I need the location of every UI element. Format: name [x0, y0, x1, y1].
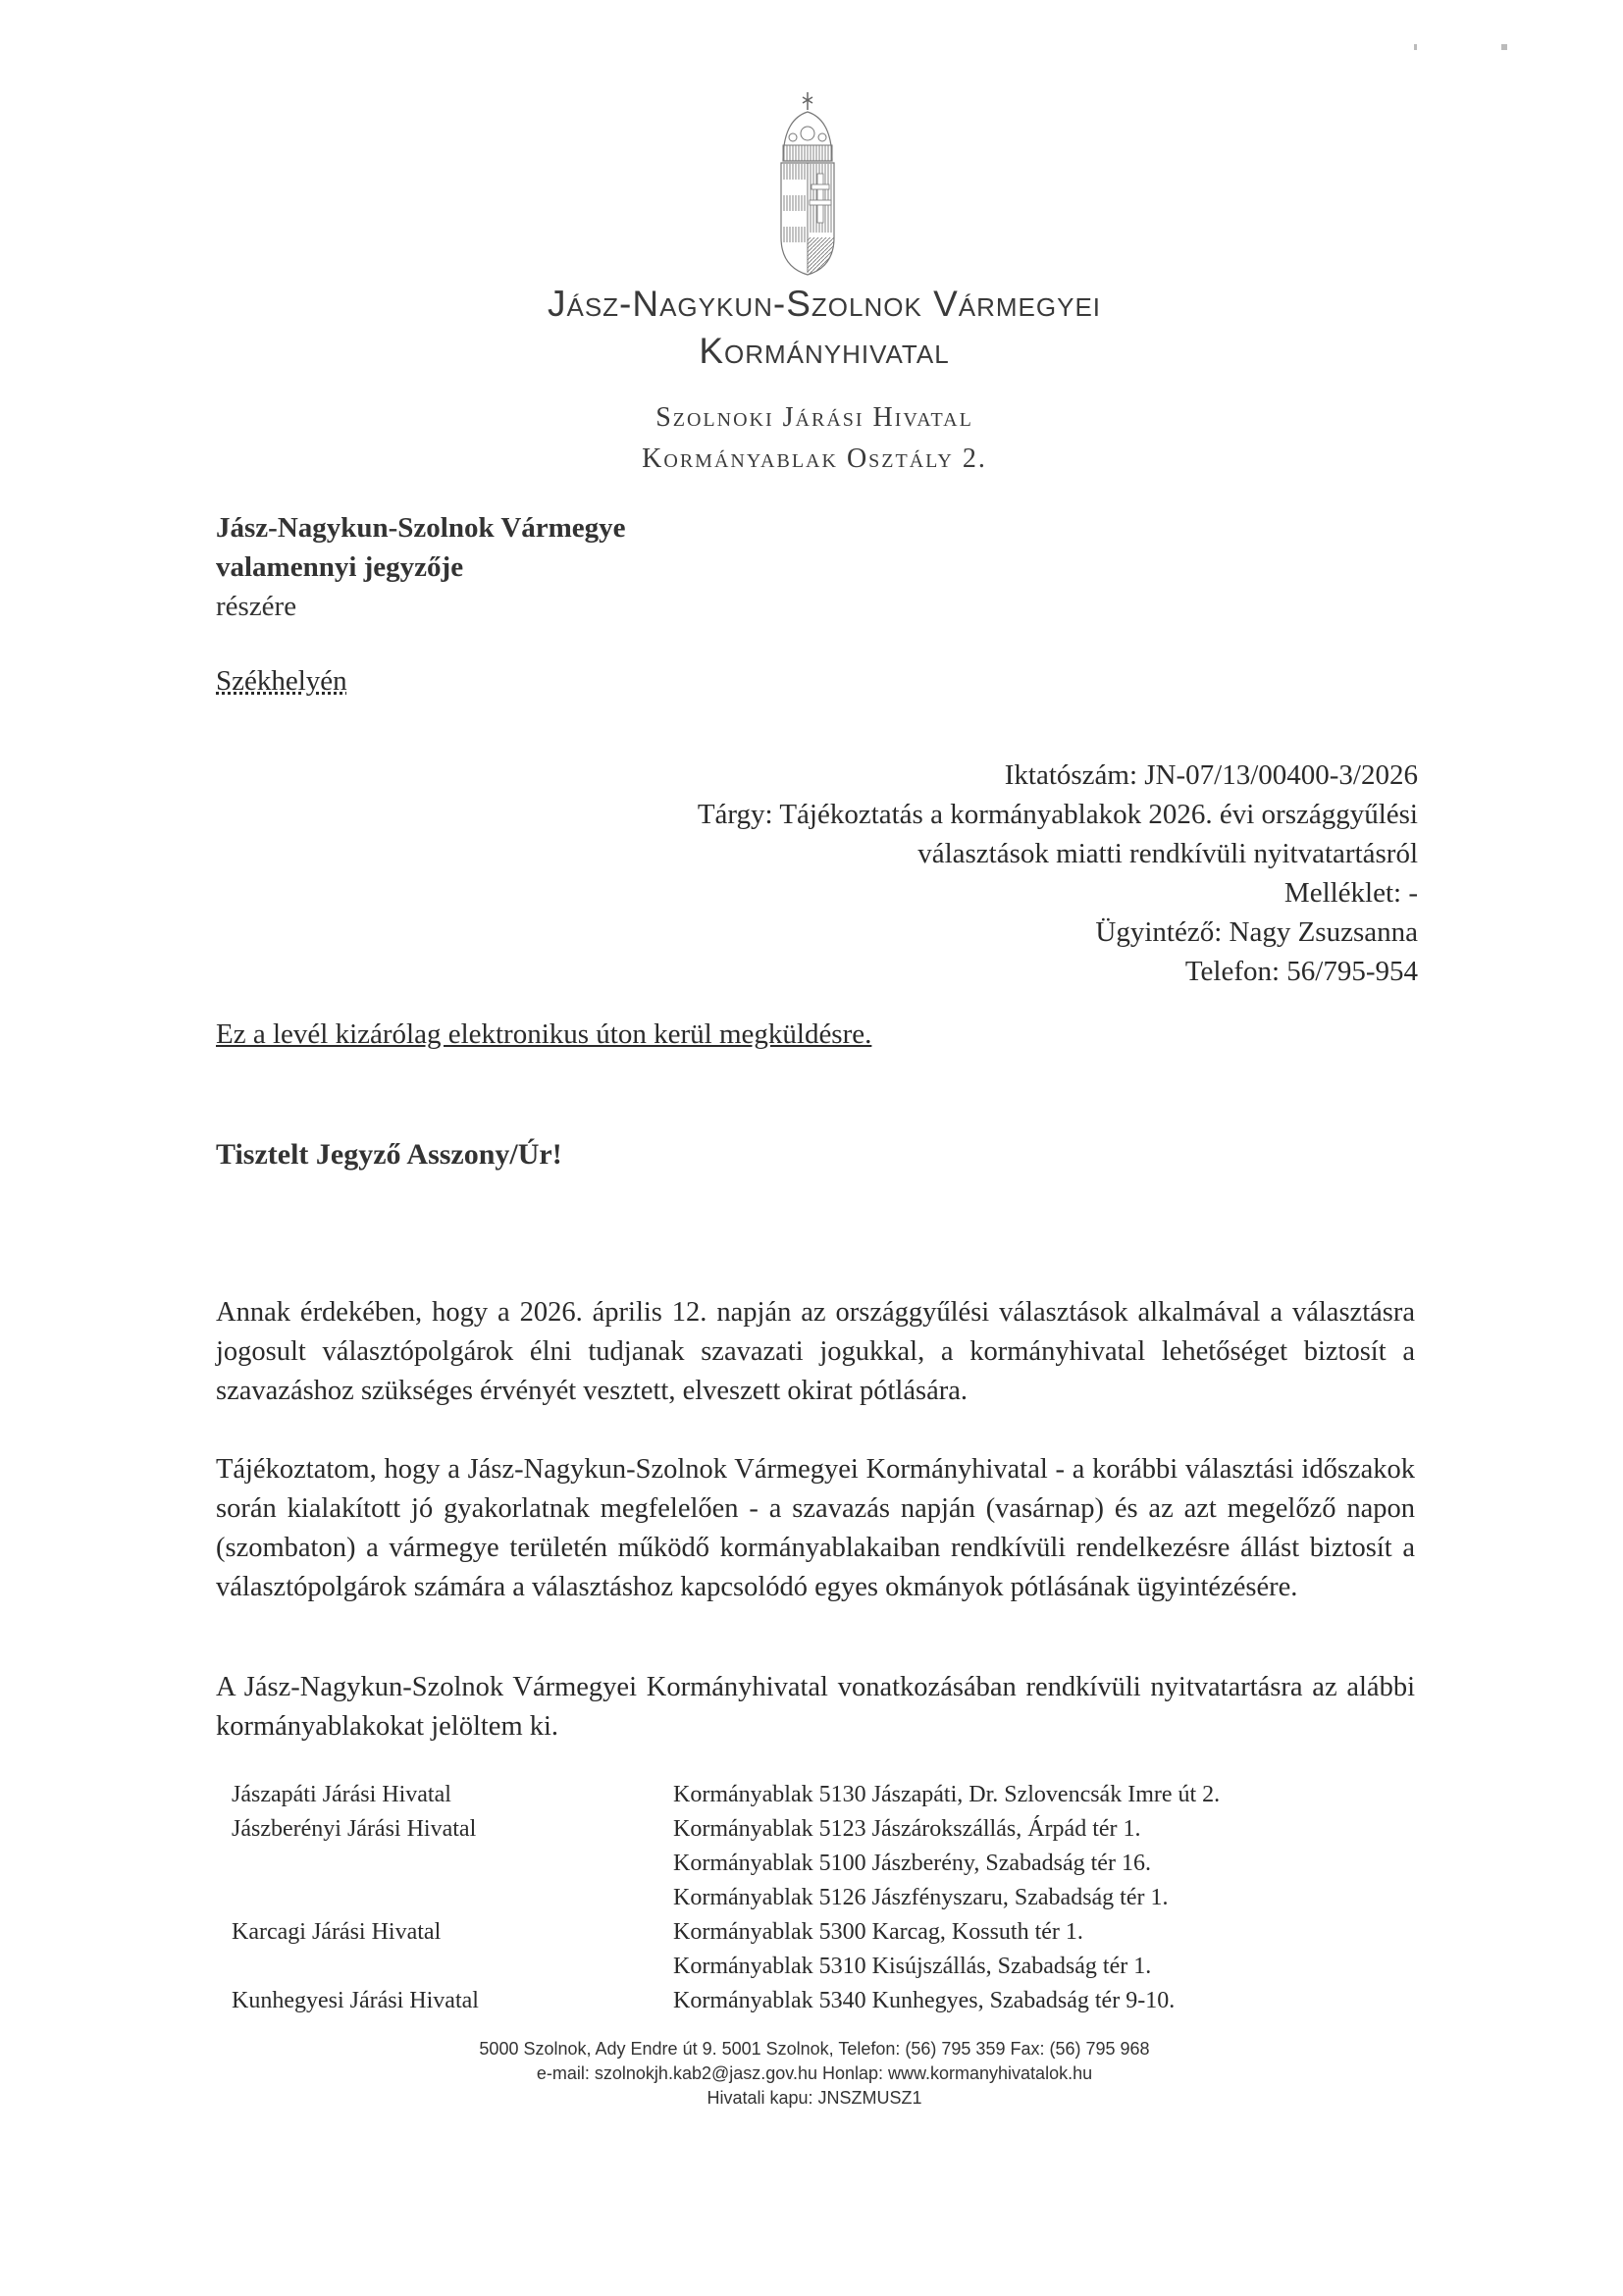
department-title: Szolnoki Járási Hivatal Kormányablak Osz… [550, 397, 1079, 480]
office-list: Jászapáti Járási Hivatal Kormányablak 51… [232, 1778, 1350, 2018]
reference-block: Iktatószám: JN-07/13/00400-3/2026 Tárgy:… [698, 756, 1418, 991]
electronic-delivery-notice: Ez a levél kizárólag elektronikus úton k… [216, 1018, 871, 1051]
district-name [232, 1881, 673, 1915]
district-name: Kunhegyesi Járási Hivatal [232, 1984, 673, 2018]
organization-name-line2: Kormányhivatal [422, 328, 1227, 375]
list-item: Kormányablak 5310 Kisújszállás, Szabadsá… [232, 1950, 1350, 1984]
recipient-seat: Székhelyén [216, 665, 347, 698]
coat-of-arms-icon [777, 90, 838, 277]
district-name [232, 1950, 673, 1984]
body-paragraph-3: A Jász-Nagykun-Szolnok Vármegyei Kormány… [216, 1668, 1415, 1747]
list-item: Jászberényi Járási Hivatal Kormányablak … [232, 1812, 1350, 1847]
footer-office-gate: Hivatali kapu: JNSZMUSZ1 [393, 2086, 1236, 2111]
district-name: Jászapáti Járási Hivatal [232, 1778, 673, 1812]
list-item: Kormányablak 5100 Jászberény, Szabadság … [232, 1847, 1350, 1881]
letterhead-footer: 5000 Szolnok, Ady Endre út 9. 5001 Szoln… [393, 2037, 1236, 2111]
district-name [232, 1847, 673, 1881]
office-address: Kormányablak 5100 Jászberény, Szabadság … [673, 1847, 1350, 1881]
office-address: Kormányablak 5130 Jászapáti, Dr. Szloven… [673, 1778, 1350, 1812]
body-paragraph-1: Annak érdekében, hogy a 2026. április 12… [216, 1293, 1415, 1411]
recipient-line2: valamennyi jegyzője [216, 548, 626, 587]
recipient-block: Jász-Nagykun-Szolnok Vármegye valamennyi… [216, 508, 626, 626]
salutation: Tisztelt Jegyző Asszony/Úr! [216, 1138, 562, 1172]
list-item: Kormányablak 5126 Jászfényszaru, Szabads… [232, 1881, 1350, 1915]
office-address: Kormányablak 5123 Jászárokszállás, Árpád… [673, 1812, 1350, 1847]
scan-artifact [1414, 44, 1417, 50]
scan-artifact [1501, 44, 1507, 50]
footer-address: 5000 Szolnok, Ady Endre út 9. 5001 Szoln… [393, 2037, 1236, 2061]
organization-name-line1: Jász-Nagykun-Szolnok Vármegyei [422, 281, 1227, 328]
recipient-line1: Jász-Nagykun-Szolnok Vármegye [216, 508, 626, 548]
office-address: Kormányablak 5300 Karcag, Kossuth tér 1. [673, 1915, 1350, 1950]
footer-contact: e-mail: szolnokjh.kab2@jasz.gov.hu Honla… [393, 2061, 1236, 2086]
department-line1: Szolnoki Járási Hivatal [550, 397, 1079, 439]
office-address: Kormányablak 5340 Kunhegyes, Szabadság t… [673, 1984, 1350, 2018]
subject-line1: Tárgy: Tájékoztatás a kormányablakok 202… [698, 795, 1418, 834]
list-item: Jászapáti Járási Hivatal Kormányablak 51… [232, 1778, 1350, 1812]
office-address: Kormányablak 5310 Kisújszállás, Szabadsá… [673, 1950, 1350, 1984]
organization-title: Jász-Nagykun-Szolnok Vármegyei Kormányhi… [422, 281, 1227, 375]
file-number: Iktatószám: JN-07/13/00400-3/2026 [698, 756, 1418, 795]
subject-line2: választások miatti rendkívüli nyitvatart… [698, 834, 1418, 873]
attachment: Melléklet: - [698, 873, 1418, 913]
administrator: Ügyintéző: Nagy Zsuzsanna [698, 913, 1418, 952]
office-address: Kormányablak 5126 Jászfényszaru, Szabads… [673, 1881, 1350, 1915]
district-name: Karcagi Járási Hivatal [232, 1915, 673, 1950]
body-paragraph-2: Tájékoztatom, hogy a Jász-Nagykun-Szolno… [216, 1450, 1415, 1607]
district-name: Jászberényi Járási Hivatal [232, 1812, 673, 1847]
list-item: Kunhegyesi Járási Hivatal Kormányablak 5… [232, 1984, 1350, 2018]
phone: Telefon: 56/795-954 [698, 952, 1418, 991]
recipient-line3: részére [216, 587, 626, 626]
list-item: Karcagi Járási Hivatal Kormányablak 5300… [232, 1915, 1350, 1950]
department-line2: Kormányablak Osztály 2. [550, 439, 1079, 480]
